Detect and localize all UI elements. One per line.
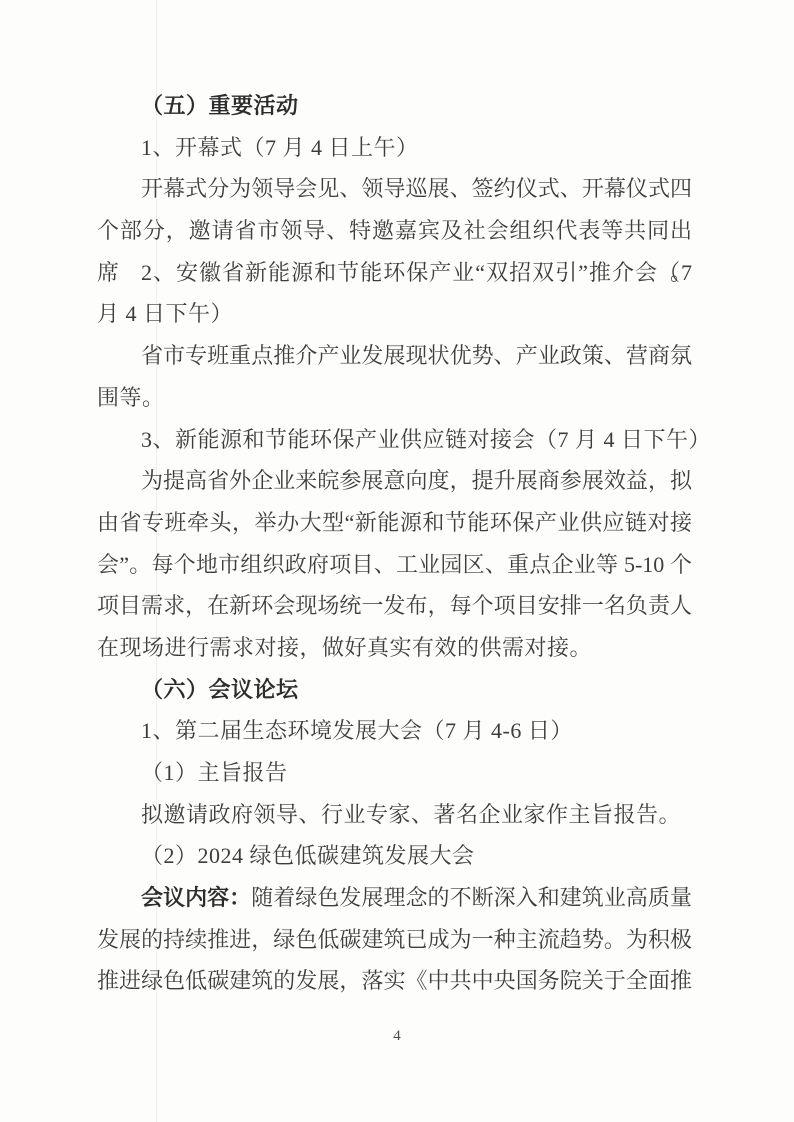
text-line: 发展的持续推进，绿色低碳建筑已成为一种主流趋势。为积极 (97, 919, 692, 961)
section-heading: （六）会议论坛 (97, 669, 692, 711)
text-line: 由省专班牵头，举办大型“新能源和节能环保产业供应链对接 (97, 502, 692, 544)
text-line: 1、开幕式（7 月 4 日上午） (97, 127, 692, 169)
document-page: （五）重要活动1、开幕式（7 月 4 日上午）开幕式分为领导会见、领导巡展、签约… (0, 0, 794, 1122)
text-line: 项目需求，在新环会现场统一发布，每个项目安排一名负责人 (97, 585, 692, 627)
text-line: （2）2024 绿色低碳建筑发展大会 (97, 835, 692, 877)
text-line: 3、新能源和节能环保产业供应链对接会（7 月 4 日下午） (97, 419, 692, 461)
text-line: （1）主旨报告 (97, 752, 692, 794)
text-line: 会”。每个地市组织政府项目、工业园区、重点企业等 5-10 个 (97, 544, 692, 586)
text-line: 月 4 日下午） (97, 293, 692, 335)
text-line: 省市专班重点推介产业发展现状优势、产业政策、营商氛 (97, 335, 692, 377)
text-line: 在现场进行需求对接，做好真实有效的供需对接。 (97, 627, 692, 669)
page-number: 4 (0, 1028, 794, 1045)
section-heading: （五）重要活动 (97, 85, 692, 127)
text-line: 推进绿色低碳建筑的发展，落实《中共中央国务院关于全面推 (97, 960, 692, 1002)
text-line: 1、第二届生态环境发展大会（7 月 4-6 日） (97, 710, 692, 752)
bold-lead-in: 会议内容： (141, 885, 251, 910)
document-body: （五）重要活动1、开幕式（7 月 4 日上午）开幕式分为领导会见、领导巡展、签约… (97, 85, 692, 1002)
text-line: 个部分，邀请省市领导、特邀嘉宾及社会组织代表等共同出席。 (97, 210, 692, 252)
text-line: 为提高省外企业来皖参展意向度，提升展商参展效益，拟 (97, 460, 692, 502)
text-line: 围等。 (97, 377, 692, 419)
text-line: 会议内容：随着绿色发展理念的不断深入和建筑业高质量 (97, 877, 692, 919)
text-run: 随着绿色发展理念的不断深入和建筑业高质量 (251, 885, 692, 910)
text-line: 2、安徽省新能源和节能环保产业“双招双引”推介会（7 (97, 252, 692, 294)
text-line: 拟邀请政府领导、行业专家、著名企业家作主旨报告。 (97, 794, 692, 836)
text-line: 开幕式分为领导会见、领导巡展、签约仪式、开幕仪式四 (97, 168, 692, 210)
